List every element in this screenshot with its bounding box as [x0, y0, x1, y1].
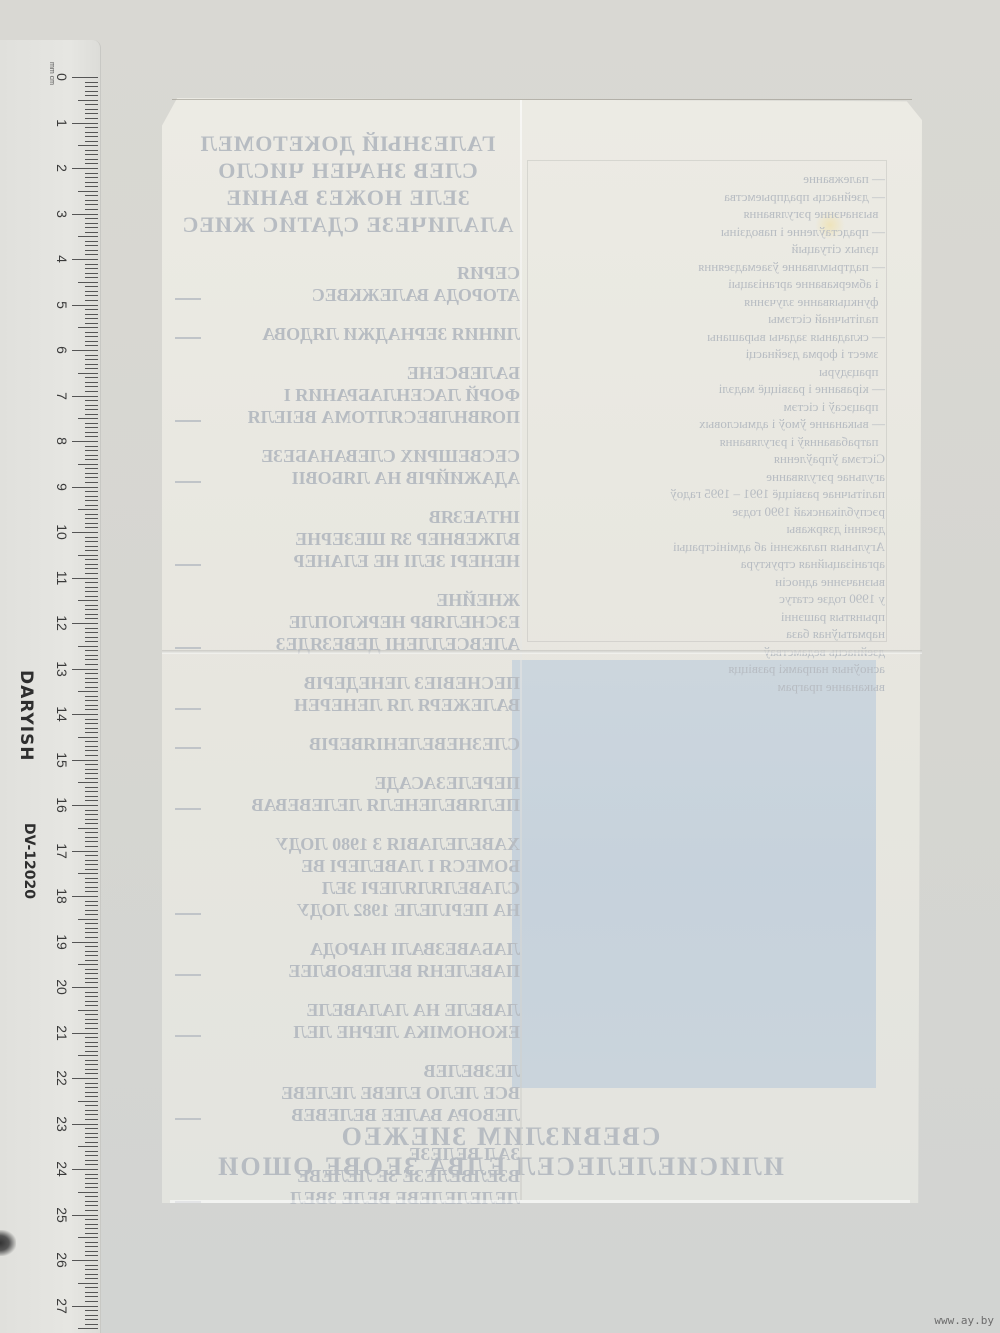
- ruler-tick: [85, 468, 98, 469]
- ruler-number: 25: [55, 1205, 69, 1225]
- ruler-tick: [72, 714, 98, 715]
- entry-dash: [175, 913, 201, 915]
- ruler-tick: [85, 796, 98, 797]
- ruler-tick: [78, 100, 98, 101]
- entry-line: ПЕЛЯВЕЛЕНЕЛЯ ЛЕЛЕВЕВАВ: [217, 794, 520, 816]
- ruler-number: 6: [55, 340, 69, 360]
- list-entry: ЛЕЗВЕЛЕВВСЕ ЛЕЛО ЕЛЕВЕ ЛЕЛЕВЕЛЕВОРА ВАЛЕ…: [175, 1060, 520, 1126]
- paragraph-line: — складаныя задачы вырашаны: [540, 328, 885, 346]
- entry-line: АДАЖИЙРІВ НА ЛЯБОВІІ: [217, 467, 520, 489]
- ruler-tick: [72, 487, 98, 488]
- ruler-tick: [85, 323, 98, 324]
- ruler-tick: [85, 286, 98, 287]
- ruler-tick: [85, 709, 98, 710]
- paragraph-line: рэспубліканскай 1990 годзе: [540, 503, 885, 521]
- ruler-number: 3: [55, 204, 69, 224]
- ruler-tick: [85, 1246, 98, 1247]
- ruler-tick: [85, 960, 98, 961]
- ruler-tick: [85, 901, 98, 902]
- ruler-tick: [85, 869, 98, 870]
- ruler-tick: [85, 264, 98, 265]
- ruler-tick: [85, 177, 98, 178]
- title-line: СЛЕВ ЗНАЧЕН ЧИСЛО: [175, 157, 520, 184]
- ruler-number: 11: [55, 568, 69, 588]
- ruler-tick: [85, 741, 98, 742]
- entry-dash: [175, 337, 201, 339]
- ruler-tick: [85, 141, 98, 142]
- ruler-tick: [85, 618, 98, 619]
- ruler-number: 7: [55, 386, 69, 406]
- ruler-tick: [85, 1269, 98, 1270]
- ruler-tick: [85, 1028, 98, 1029]
- left-column-title: ГАЛЕЗНЫЙ ДОКЕТОМЕЛСЛЕВ ЗНАЧЕН ЧИСЛОЗЕЛЕ …: [175, 130, 520, 238]
- ruler-tick: [85, 514, 98, 515]
- ruler-tick: [85, 1151, 98, 1152]
- ruler-tick: [85, 750, 98, 751]
- entry-dash: [175, 420, 201, 422]
- entry-dash: [175, 647, 201, 649]
- ruler-tick: [85, 477, 98, 478]
- paragraph-line: дзеянні дзяржавы: [540, 520, 885, 538]
- ruler-tick: [85, 1224, 98, 1225]
- ruler-tick: [85, 605, 98, 606]
- ruler-tick: [85, 427, 98, 428]
- ruler-number: 19: [55, 932, 69, 952]
- ruler-tick: [72, 77, 98, 78]
- ruler-tick: [78, 1328, 98, 1329]
- list-entry: СЛЕЗНЕВЕЛЕНІЯВЕРІВ: [175, 733, 520, 755]
- ruler-tick: [72, 350, 98, 351]
- ruler-tick: [85, 537, 98, 538]
- ruler-tick: [85, 150, 98, 151]
- ruler-tick: [85, 405, 98, 406]
- list-entry: ЛАБАВЕЗВАЛІ НАРОДАПАВЕЛЕНЯ ВЕЛЕВОВЛЕЕ: [175, 938, 520, 982]
- ruler-tick: [85, 1042, 98, 1043]
- entry-line: СЛАВЕЛЯЛЯЛЕРІ ЗЕЛ: [217, 877, 520, 899]
- entry-line: НА ПЕРІЛЕЛЕ 1982 ЛОДУ: [217, 899, 520, 921]
- ruler-tick: [85, 928, 98, 929]
- ruler-number: 13: [55, 659, 69, 679]
- ruler-tick: [85, 982, 98, 983]
- ruler-tick: [85, 1019, 98, 1020]
- ruler-tick: [85, 705, 98, 706]
- list-entry: СЕСВЕШРИХ СЛЕВАНАБЕЗЕАДАЖИЙРІВ НА ЛЯБОВІ…: [175, 445, 520, 489]
- ruler-tick: [78, 782, 98, 783]
- list-entry: ХАВЕЛЕЛАВІЯ З 1980 ЛОДУБОМЕСЯ І ЛАВЕЛЕРІ…: [175, 833, 520, 921]
- ruler-tick: [85, 491, 98, 492]
- ruler-tick: [85, 523, 98, 524]
- ruler-tick: [85, 937, 98, 938]
- paragraph-line: цэлых сітуацый: [540, 240, 885, 258]
- entry-line: ФОРЙ ЛАСЕНЛАБРАНИЯ І: [217, 384, 520, 406]
- ruler-number: 5: [55, 295, 69, 315]
- ruler-tick: [72, 896, 98, 897]
- entry-line: БОМЕСЯ І ЛАВЕЛЕРІ ВЕ: [217, 855, 520, 877]
- ruler-tick: [85, 1046, 98, 1047]
- ruler-tick: [85, 1064, 98, 1065]
- ruler-tick: [85, 1219, 98, 1220]
- ruler-tick: [85, 127, 98, 128]
- paragraph-line: Агульныя палажэнні аб адміністрацыі: [540, 538, 885, 556]
- ruler-tick: [85, 723, 98, 724]
- ruler-tick: [85, 359, 98, 360]
- pen-tip-shadow: [0, 1230, 16, 1256]
- ruler-tick: [85, 1183, 98, 1184]
- ruler-tick: [85, 1324, 98, 1325]
- ruler-tick: [85, 746, 98, 747]
- list-entry: ПЕРЕЛЕЗАСАДЕПЕЛЯВЕЛЕНЕЛЯ ЛЕЛЕВЕВАВ: [175, 772, 520, 816]
- ruler-tick: [85, 791, 98, 792]
- entry-dash: [175, 808, 201, 810]
- entry-dash: [175, 747, 201, 749]
- ruler-tick: [85, 864, 98, 865]
- ruler-tick: [72, 441, 98, 442]
- ruler-tick: [85, 400, 98, 401]
- paragraph-line: асноўныя напрамкі развіцця: [540, 660, 885, 678]
- list-entry: БАЛЕВСЕНЕФОРЙ ЛАСЕНЛАБРАНИЯ ІПОЯВНЛВЕСЯЛ…: [175, 362, 520, 428]
- ruler-tick: [85, 1142, 98, 1143]
- ruler-tick: [85, 82, 98, 83]
- entry-dash: [175, 1035, 201, 1037]
- ruler-tick: [85, 1110, 98, 1111]
- ruler-tick: [85, 423, 98, 424]
- paragraph-line: працэсаў і сістэм: [540, 398, 885, 416]
- ruler-tick: [85, 923, 98, 924]
- ruler-tick: [85, 641, 98, 642]
- ruler-tick: [85, 1105, 98, 1106]
- ruler-tick: [85, 195, 98, 196]
- ruler-tick: [85, 564, 98, 565]
- ruler-tick: [78, 236, 98, 237]
- ruler-tick: [85, 1251, 98, 1252]
- ruler-tick: [85, 1201, 98, 1202]
- entry-line: ЕЗСНЕЛЯВР НЕРКЛОПЛЕ: [217, 611, 520, 633]
- ruler-tick: [85, 1319, 98, 1320]
- ruler-tick: [78, 964, 98, 965]
- ruler-tick: [85, 254, 98, 255]
- ruler-tick: [85, 500, 98, 501]
- list-entry: ЛАВЕЛЕ НА ЛАЛАВЕЛЕЕКОНОМІКА ЛЕРНЕ ЛЕЛ: [175, 999, 520, 1043]
- ruler-tick: [85, 591, 98, 592]
- ruler-tick: [85, 377, 98, 378]
- ruler-tick: [85, 414, 98, 415]
- ruler-tick: [85, 855, 98, 856]
- ruler-tick: [85, 241, 98, 242]
- ruler-tick: [85, 1292, 98, 1293]
- entry-line: ПЕРЕЛЕЗАСАДЕ: [217, 772, 520, 794]
- ruler-tick: [72, 1260, 98, 1261]
- ruler-tick: [85, 314, 98, 315]
- ruler-tick: [85, 336, 98, 337]
- ruler-tick: [85, 769, 98, 770]
- bottom-title: СВЕВИЗЛИМ ЗИЕЖЕОИЛИСИЕЛЕЛЕСЕЛ ЕЛВА ЗЕОВЕ…: [180, 1122, 820, 1182]
- entry-line: ЛАВЕЛЕ НА ЛАЛАВЕЛЕ: [217, 999, 520, 1021]
- paragraph-line: — дзейнасць прадпрыемства: [540, 188, 885, 206]
- ruler-tick: [85, 473, 98, 474]
- ruler-tick: [72, 1033, 98, 1034]
- entry-line: ЛЕЗВЕЛЕВ: [217, 1060, 520, 1082]
- ruler-tick: [72, 760, 98, 761]
- ruler-tick: [85, 1087, 98, 1088]
- paragraph-line: палітычнае развіццё 1991 – 1995 гадоў: [540, 485, 885, 503]
- paragraph-line: — падтрымлванне ўзаемадзеяння: [540, 258, 885, 276]
- ruler-model: DV-12020: [21, 823, 37, 933]
- ruler-tick: [85, 755, 98, 756]
- ruler-tick: [85, 860, 98, 861]
- ruler-tick: [72, 1306, 98, 1307]
- ruler-tick: [85, 914, 98, 915]
- ruler-tick: [85, 910, 98, 911]
- ruler-tick: [85, 95, 98, 96]
- entry-line: ІНТАЕЗЯВ: [217, 506, 520, 528]
- ruler-tick: [85, 1278, 98, 1279]
- paragraph-line: вызначэнне рэгулявання: [540, 205, 885, 223]
- ruler-tick: [72, 578, 98, 579]
- ruler-tick: [85, 678, 98, 679]
- ruler-tick: [72, 305, 98, 306]
- ruler-tick: [85, 823, 98, 824]
- ruler-tick: [85, 728, 98, 729]
- ruler-tick: [72, 532, 98, 533]
- ruler-tick: [85, 996, 98, 997]
- ruler-tick: [78, 418, 98, 419]
- paragraph-line: арганізацыйная структура: [540, 555, 885, 573]
- ruler-tick: [85, 386, 98, 387]
- ruler-tick: [85, 364, 98, 365]
- ruler-tick: [85, 810, 98, 811]
- entry-dash: [175, 708, 201, 710]
- bottom-fold-line: [170, 1200, 910, 1203]
- right-column-text: — палежванне— дзейнасць прадпрыемства вы…: [540, 170, 885, 695]
- entry-dash: [175, 974, 201, 976]
- ruler-tick: [85, 800, 98, 801]
- ruler-tick: [85, 1060, 98, 1061]
- ruler-tick: [78, 873, 98, 874]
- ruler-tick: [85, 391, 98, 392]
- ruler-tick: [85, 582, 98, 583]
- bottom-title-line: ИЛИСИЕЛЕЛЕСЕЛ ЕЛВА ЗЕОВЕ ОШОИ: [180, 1152, 820, 1182]
- entry-line: СЕРИЯ: [217, 262, 520, 284]
- ruler-number: 26: [55, 1250, 69, 1270]
- ruler-tick: [72, 123, 98, 124]
- entry-dash: [175, 1118, 201, 1120]
- ruler-tick: [85, 1005, 98, 1006]
- ruler-number: 22: [55, 1068, 69, 1088]
- ruler-tick: [72, 942, 98, 943]
- ruler-tick: [85, 436, 98, 437]
- entry-line: ЕКОНОМІКА ЛЕРНЕ ЛЕЛ: [217, 1021, 520, 1043]
- ruler-tick: [85, 764, 98, 765]
- ruler-tick: [85, 223, 98, 224]
- ruler-tick: [72, 1215, 98, 1216]
- ruler-tick: [85, 1228, 98, 1229]
- ruler-tick: [78, 464, 98, 465]
- ruler-number: 20: [55, 977, 69, 997]
- ruler-number: 9: [55, 477, 69, 497]
- paragraph-line: палітычнай сістэмы: [540, 310, 885, 328]
- ruler-tick: [78, 1146, 98, 1147]
- ruler-tick: [85, 1287, 98, 1288]
- ruler-tick: [72, 259, 98, 260]
- ruler-tick: [78, 1101, 98, 1102]
- entry-line: ХАВЕЛЕЛАВІЯ З 1980 ЛОДУ: [217, 833, 520, 855]
- entry-line: АТОРОДА ВАЛЕЖКВЕС: [217, 284, 520, 306]
- ruler-tick: [72, 623, 98, 624]
- ruler-tick: [85, 1051, 98, 1052]
- paragraph-line: нарматыўная база: [540, 625, 885, 643]
- ruler-tick: [85, 518, 98, 519]
- ruler-tick: [85, 250, 98, 251]
- ruler-tick: [85, 455, 98, 456]
- ruler-tick: [85, 355, 98, 356]
- paragraph-line: Сістэма ўпраўлення: [540, 450, 885, 468]
- ruler-tick: [85, 846, 98, 847]
- entry-line: ВАЛЕЖЕРЯ ЛЯ ЛЕНЕРЕН: [217, 694, 520, 716]
- ruler-tick: [85, 295, 98, 296]
- ruler-tick: [85, 1187, 98, 1188]
- paragraph-line: — выкананне ўмоў і адмысловых: [540, 415, 885, 433]
- ruler-tick: [85, 209, 98, 210]
- ruler-tick: [85, 837, 98, 838]
- ruler-tick: [78, 1192, 98, 1193]
- title-line: ГАЛЕЗНЫЙ ДОКЕТОМЕЛ: [175, 130, 520, 157]
- ruler-number: 21: [55, 1023, 69, 1043]
- ruler-tick: [85, 637, 98, 638]
- ruler-tick: [85, 814, 98, 815]
- entry-line: БАЛЕВСЕНЕ: [217, 362, 520, 384]
- ruler-number: 24: [55, 1159, 69, 1179]
- ruler-tick: [78, 145, 98, 146]
- ruler-tick: [85, 104, 98, 105]
- ruler-tick: [78, 509, 98, 510]
- entry-line: НЕНЕРІ ЗЕЛІ НЕ ЕЛАНЕР: [217, 550, 520, 572]
- ruler-number: 0: [55, 67, 69, 87]
- ruler-tick: [85, 832, 98, 833]
- ruler-tick: [85, 446, 98, 447]
- ruler-tick: [85, 91, 98, 92]
- entry-line: СЛЕЗНЕВЕЛЕНІЯВЕРІВ: [217, 733, 520, 755]
- ruler-tick: [85, 955, 98, 956]
- ruler-tick: [85, 1119, 98, 1120]
- paragraph-line: агульнае рэгуляванне: [540, 468, 885, 486]
- bottom-title-line: СВЕВИЗЛИМ ЗИЕЖЕО: [180, 1122, 820, 1152]
- entry-dash: [175, 481, 201, 483]
- ruler-tick: [72, 851, 98, 852]
- ruler-tick: [85, 650, 98, 651]
- ruler-tick: [85, 382, 98, 383]
- ruler-tick: [85, 700, 98, 701]
- ruler-tick: [85, 1301, 98, 1302]
- ruler-tick: [85, 732, 98, 733]
- ruler-tick: [85, 1174, 98, 1175]
- ruler-tick: [85, 951, 98, 952]
- ruler-tick: [78, 373, 98, 374]
- paragraph-line: — кіраванне і развіццё мадэлі: [540, 380, 885, 398]
- ruler-tick: [85, 1073, 98, 1074]
- ruler-tick: [85, 1128, 98, 1129]
- ruler-tick: [85, 587, 98, 588]
- ruler-tick: [78, 282, 98, 283]
- ruler-tick: [85, 882, 98, 883]
- ruler-tick: [85, 841, 98, 842]
- ruler-tick: [85, 1137, 98, 1138]
- ruler-tick: [85, 632, 98, 633]
- ruler-tick: [85, 969, 98, 970]
- ruler-tick: [85, 568, 98, 569]
- ruler-tick: [78, 555, 98, 556]
- paragraph-line: прынятыя рашэнні: [540, 608, 885, 626]
- ruler-tick: [85, 291, 98, 292]
- ruler-tick: [85, 878, 98, 879]
- ruler-tick: [85, 182, 98, 183]
- ruler-tick: [85, 1310, 98, 1311]
- ruler-number: 17: [55, 841, 69, 861]
- ruler-tick: [78, 828, 98, 829]
- title-line: ЗЕЛЕ НОЖЕЗ ВАНИЕ: [175, 184, 520, 211]
- ruler-tick: [85, 787, 98, 788]
- ruler-tick: [72, 1124, 98, 1125]
- paragraph-line: — прадстаўленне і паводзіны: [540, 223, 885, 241]
- ruler-tick: [85, 368, 98, 369]
- ruler-tick: [85, 1114, 98, 1115]
- ruler-brand: DARYISH: [16, 670, 36, 810]
- ruler-tick: [85, 1296, 98, 1297]
- ruler-tick: [85, 778, 98, 779]
- paragraph-line: функцыяванне злучэння: [540, 293, 885, 311]
- ruler-tick: [85, 245, 98, 246]
- ruler-tick: [85, 1069, 98, 1070]
- ruler-tick: [72, 168, 98, 169]
- ruler-tick: [85, 1274, 98, 1275]
- ruler-tick: [85, 341, 98, 342]
- left-column-entries: СЕРИЯАТОРОДА ВАЛЕЖКВЕСЛИНИЯ ЗЕРНАДЖИ ЛЯД…: [175, 262, 520, 1226]
- ruler-tick: [85, 719, 98, 720]
- blue-printed-area: [512, 660, 876, 1088]
- ruler-tick: [85, 596, 98, 597]
- ruler-tick: [85, 273, 98, 274]
- ruler-tick: [85, 318, 98, 319]
- ruler-tick: [85, 277, 98, 278]
- ruler-tick: [85, 1096, 98, 1097]
- ruler-tick: [72, 669, 98, 670]
- ruler-number: 10: [55, 522, 69, 542]
- ruler-tick: [85, 527, 98, 528]
- ruler-tick: [85, 1155, 98, 1156]
- ruler-number: 15: [55, 750, 69, 770]
- ruler-tick: [85, 204, 98, 205]
- ruler-tick: [85, 628, 98, 629]
- ruler-tick: [78, 646, 98, 647]
- list-entry: ІНТАЕЗЯВВЛЖЕВНЕР ЗЯ ШЕЗЕРНЕНЕНЕРІ ЗЕЛІ Н…: [175, 506, 520, 572]
- ruler-tick: [85, 1210, 98, 1211]
- ruler-tick: [85, 132, 98, 133]
- ruler-tick: [72, 1078, 98, 1079]
- ruler-tick: [85, 659, 98, 660]
- ruler-tick: [85, 973, 98, 974]
- ruler-tick: [85, 505, 98, 506]
- ruler-tick: [85, 186, 98, 187]
- paragraph-line: патрабаванняў і рэгулявання: [540, 433, 885, 451]
- entry-line: ЖНЕЙНЕ: [217, 589, 520, 611]
- ruler-tick: [85, 655, 98, 656]
- horizontal-fold-line: [162, 650, 922, 654]
- ruler-tick: [85, 1001, 98, 1002]
- paragraph-line: змест і форма дзейнасці: [540, 345, 885, 363]
- paragraph-line: — палежванне: [540, 170, 885, 188]
- ruler-tick: [78, 1237, 98, 1238]
- ruler-tick: [85, 682, 98, 683]
- ruler-tick: [85, 482, 98, 483]
